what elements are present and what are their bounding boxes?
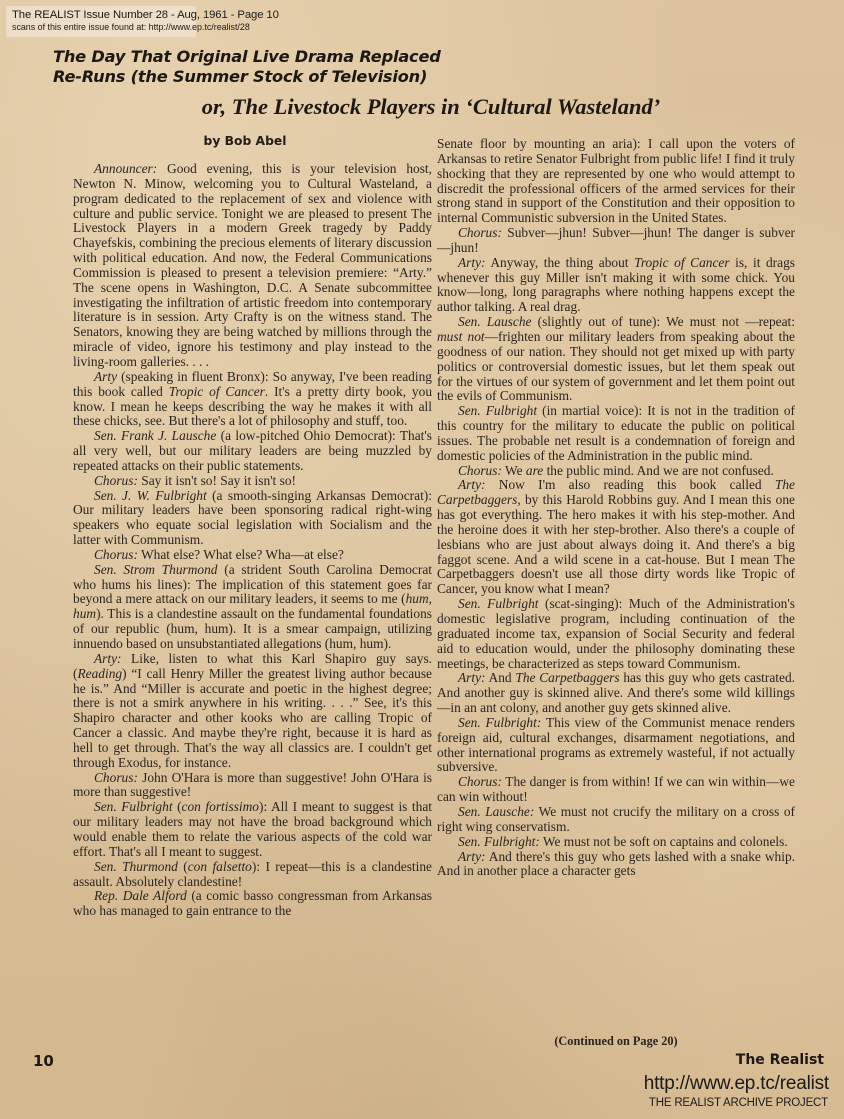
speaker-name: Sen. Fulbright [94,799,173,814]
archive-scan-url[interactable]: scans of this entire issue found at: htt… [12,22,192,33]
speaker-name: Arty: [458,477,486,492]
watermark-project: THE REALIST ARCHIVE PROJECT [649,1097,828,1109]
speaker-name: Sen. Fulbright [458,596,539,611]
dialogue-paragraph: Announcer: Good evening, this is your te… [73,162,432,370]
italic-text: con falsetto [188,859,252,874]
dialogue-paragraph: Chorus: John O'Hara is more than suggest… [73,771,432,801]
speaker-name: Sen. Fulbright [458,403,537,418]
speaker-name: Sen. Fulbright: [458,834,540,849]
speaker-name: Sen. Strom Thurmond [94,562,218,577]
speaker-name: Chorus: [458,225,502,240]
speaker-name: Sen. Lausche [458,314,531,329]
dialogue-paragraph: Arty: Anyway, the thing about Tropic of … [437,256,795,315]
dialogue-paragraph: Chorus: Subver—jhun! Subver—jhun! The da… [437,226,795,256]
dialogue-paragraph: Chorus: We are the public mind. And we a… [437,464,795,479]
dialogue-paragraph: Chorus: What else? What else? Wha—at els… [73,548,432,563]
italic-text: Reading [77,666,122,681]
speaker-name: Arty: [458,670,486,685]
dialogue-paragraph: Chorus: Say it isn't so! Say it isn't so… [73,474,432,489]
dialogue-paragraph: Sen. Fulbright (scat-singing): Much of t… [437,597,795,671]
italic-text: Tropic of Cancer [634,255,729,270]
speaker-name: Arty: [458,255,486,270]
dialogue-paragraph: Sen. Lausche (slightly out of tune): We … [437,315,795,404]
speaker-name: Arty: [94,651,122,666]
speaker-name: Sen. Thurmond [94,859,178,874]
dialogue-paragraph: Sen. Lausche: We must not crucify the mi… [437,805,795,835]
speaker-name: Chorus: [94,547,138,562]
dialogue-paragraph: Sen. Frank J. Lausche (a low-pitched Ohi… [73,429,432,474]
speaker-name: Arty [94,369,117,384]
speaker-name: Sen. Lausche: [458,804,534,819]
archive-issue-info: The REALIST Issue Number 28 - Aug, 1961 … [12,9,192,22]
dialogue-paragraph: Sen. Thurmond (con falsetto): I repeat—t… [73,860,432,890]
page-number: 10 [33,1052,54,1070]
dialogue-paragraph: Arty: And The Carpetbaggers has this guy… [437,671,795,716]
dialogue-paragraph: Senate floor by mounting an aria): I cal… [437,137,795,226]
article-kicker: The Day That Original Live Drama Replace… [53,47,441,87]
italic-text: The Carpetbaggers [515,670,619,685]
dialogue-paragraph: Arty: And there's this guy who gets lash… [437,850,795,880]
dialogue-paragraph: Sen. Strom Thurmond (a strident South Ca… [73,563,432,652]
italic-text: Tropic of Cancer [169,384,265,399]
article-title: or, The Livestock Players in ‘Cultural W… [0,94,844,120]
speaker-name: Sen. Fulbright: [458,715,541,730]
speaker-name: Chorus: [94,473,138,488]
watermark-url[interactable]: http://www.ep.tc/realist [644,1073,829,1095]
left-column: Announcer: Good evening, this is your te… [73,162,432,919]
italic-text: The Carpetbaggers [437,477,795,507]
speaker-name: Chorus: [458,774,502,789]
speaker-name: Chorus: [94,770,138,785]
italic-text: are [526,463,543,478]
italic-text: con fortissimo [182,799,259,814]
right-column: Senate floor by mounting an aria): I cal… [437,137,795,879]
dialogue-paragraph: Sen. Fulbright (in martial voice): It is… [437,404,795,463]
dialogue-paragraph: Arty (speaking in fluent Bronx): So anyw… [73,370,432,429]
kicker-line-1: The Day That Original Live Drama Replace… [53,47,441,67]
speaker-name: Arty: [458,849,486,864]
speaker-name: Sen. J. W. Fulbright [94,488,207,503]
dialogue-paragraph: Sen. J. W. Fulbright (a smooth-singing A… [73,489,432,548]
italic-text: must not [437,329,485,344]
dialogue-paragraph: Arty: Now I'm also reading this book cal… [437,478,795,597]
italic-text: hum, hum [73,591,432,621]
dialogue-paragraph: Arty: Like, listen to what this Karl Sha… [73,652,432,771]
speaker-name: Chorus: [458,463,502,478]
speaker-name: Rep. Dale Alford [94,888,187,903]
speaker-name: Announcer: [94,161,157,176]
dialogue-paragraph: Rep. Dale Alford (a comic basso congress… [73,889,432,919]
dialogue-paragraph: Chorus: The danger is from within! If we… [437,775,795,805]
archive-label: The REALIST Issue Number 28 - Aug, 1961 … [6,6,196,37]
kicker-line-2: Re-Runs (the Summer Stock of Television) [53,67,441,87]
masthead: The Realist [736,1052,824,1068]
continued-notice: (Continued on Page 20) [437,1034,795,1049]
speaker-name: Sen. Frank J. Lausche [94,428,216,443]
byline: by Bob Abel [60,134,430,148]
dialogue-paragraph: Sen. Fulbright: We must not be soft on c… [437,835,795,850]
dialogue-paragraph: Sen. Fulbright: This view of the Communi… [437,716,795,775]
dialogue-paragraph: Sen. Fulbright (con fortissimo): All I m… [73,800,432,859]
